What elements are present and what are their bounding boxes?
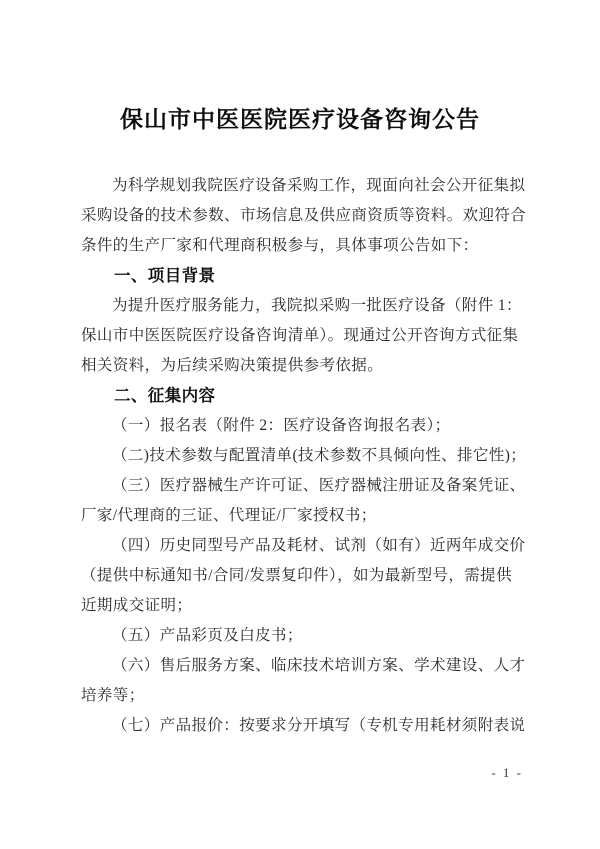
section-heading-project-background: 一、项目背景 <box>81 261 522 291</box>
list-item-6: （六）售后服务方案、临床技术培训方案、学术建设、人才 <box>81 651 522 681</box>
list-item-4: （四）历史同型号产品及耗材、试剂（如有）近两年成交价 <box>81 531 522 561</box>
list-item-2: （二)技术参数与配置清单(技术参数不具倾向性、排它性)； <box>81 441 522 471</box>
list-item-5: （五）产品彩页及白皮书； <box>81 621 522 651</box>
paragraph-line: 厂家/代理商的三证、代理证/厂家授权书； <box>81 501 522 531</box>
document-page: 保山市中医医院医疗设备咨询公告 为科学规划我院医疗设备采购工作，现面向社会公开征… <box>0 0 600 849</box>
paragraph-line: 相关资料，为后续采购决策提供参考依据。 <box>81 351 522 381</box>
page-number: - 1 - <box>491 764 523 782</box>
list-item-3: （三）医疗器械生产许可证、医疗器械注册证及备案凭证、 <box>81 471 522 501</box>
list-item-1: （一）报名表（附件 2：医疗设备咨询报名表）； <box>81 411 522 441</box>
paragraph-line: （提供中标通知书/合同/发票复印件），如为最新型号，需提供 <box>81 561 522 591</box>
paragraph-line: 为科学规划我院医疗设备采购工作，现面向社会公开征集拟 <box>81 171 522 201</box>
paragraph-line: 保山市中医医院医疗设备咨询清单）。现通过公开咨询方式征集 <box>81 321 522 351</box>
paragraph-line: 为提升医疗服务能力，我院拟采购一批医疗设备（附件 1： <box>81 291 522 321</box>
document-body: 为科学规划我院医疗设备采购工作，现面向社会公开征集拟 采购设备的技术参数、市场信… <box>81 171 522 741</box>
paragraph-line: 近期成交证明； <box>81 591 522 621</box>
document-title: 保山市中医医院医疗设备咨询公告 <box>0 0 600 137</box>
paragraph-line: 培养等； <box>81 681 522 711</box>
section-heading-collection-content: 二、征集内容 <box>81 381 522 411</box>
list-item-7: （七）产品报价：按要求分开填写（专机专用耗材须附表说 <box>81 711 522 741</box>
paragraph-line: 条件的生产厂家和代理商积极参与，具体事项公告如下： <box>81 231 522 261</box>
paragraph-line: 采购设备的技术参数、市场信息及供应商资质等资料。欢迎符合 <box>81 201 522 231</box>
